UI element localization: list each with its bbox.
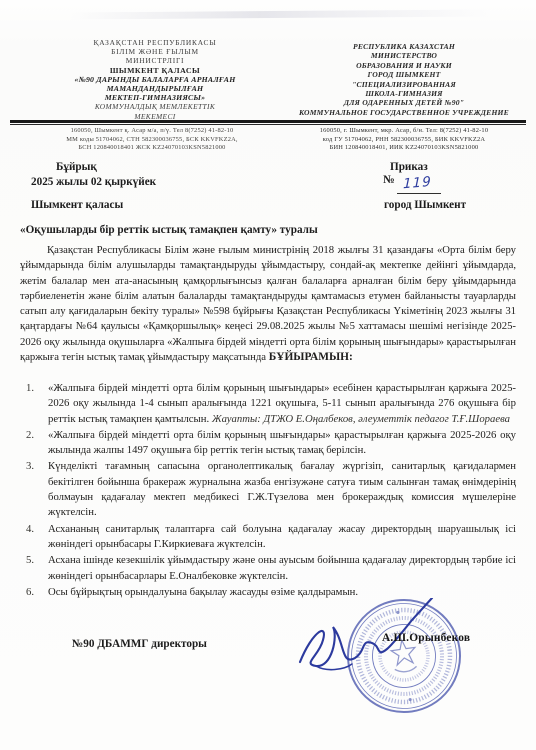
- city-kazakh: Шымкент қаласы: [31, 199, 123, 211]
- org-line: РЕСПУБЛИКА КАЗАХСТАН: [284, 42, 524, 51]
- handwritten-order-number: 119: [402, 174, 431, 193]
- number-sign: №: [383, 174, 395, 186]
- order-number: №119: [383, 174, 441, 194]
- org-line: «№90 ДАРЫНДЫ БАЛАЛАРҒА АРНАЛҒАН: [28, 75, 282, 84]
- order-item: «Жалпыға бірдей міндетті орта білім қоры…: [20, 428, 516, 459]
- org-line: ГОРОД ШЫМКЕНТ: [284, 70, 524, 79]
- order-preamble: Қазақстан Республикасы Білім және ғылым …: [20, 243, 516, 365]
- item-text: Асхананың санитарлық талаптарға сай болу…: [48, 523, 516, 550]
- org-line: ҚАЗАҚСТАН РЕСПУБЛИКАСЫ: [28, 38, 282, 47]
- item-text: Осы бұйрықтың орындалуына бақылау жасауд…: [48, 586, 358, 598]
- letterhead-russian: РЕСПУБЛИКА КАЗАХСТАН МИНИСТЕРСТВО ОБРАЗО…: [284, 42, 524, 117]
- org-line: МИНИСТЕРСТВО: [284, 51, 524, 60]
- org-line: МАМАНДАНДЫРЫЛҒАН: [28, 84, 282, 93]
- header-divider: [10, 120, 526, 125]
- item-text: Күнделікті тағамның сапасына органолепти…: [48, 460, 516, 518]
- contact-line: 160050, г. Шымкент, мкр. Асар, б/н. Тел:…: [282, 127, 526, 136]
- order-item: Асхананың санитарлық талаптарға сай болу…: [20, 522, 516, 553]
- org-line: МЕКТЕП-ГИМНАЗИЯСЫ»: [28, 93, 282, 102]
- item-text: Асхана ішінде кезекшілік ұйымдастыру жән…: [48, 554, 516, 581]
- handwritten-signature: [292, 598, 442, 698]
- director-title: №90 ДБАММГ директоры: [72, 638, 207, 650]
- order-type-russian: Приказ: [390, 161, 428, 173]
- scanned-order-document: ҚАЗАҚСТАН РЕСПУБЛИКАСЫ БІЛІМ ЖӘНЕ ҒЫЛЫМ …: [0, 0, 536, 750]
- contacts-russian: 160050, г. Шымкент, мкр. Асар, б/н. Тел:…: [282, 127, 526, 153]
- order-items: «Жалпыға бірдей міндетті орта білім қоры…: [20, 381, 516, 601]
- contact-line: 160050, Шымкент қ. Асар м/а, п/ү. Тел 8(…: [26, 127, 278, 136]
- scan-artifact: [70, 10, 490, 20]
- org-line: МИНИСТРЛІГІ: [28, 56, 282, 65]
- org-line: БІЛІМ ЖӘНЕ ҒЫЛЫМ: [28, 47, 282, 56]
- order-item: «Жалпыға бірдей міндетті орта білім қоры…: [20, 381, 516, 427]
- org-line: ДЛЯ ОДАРЕННЫХ ДЕТЕЙ №90": [284, 98, 524, 107]
- command-word: БҰЙЫРАМЫН:: [269, 351, 353, 363]
- city-russian: город Шымкент: [384, 199, 466, 211]
- contacts-kazakh: 160050, Шымкент қ. Асар м/а, п/ү. Тел 8(…: [26, 127, 278, 153]
- contact-line: код ГУ 51704062, РНН 582300036755, БИК K…: [282, 136, 526, 145]
- preamble-text: Қазақстан Республикасы Білім және ғылым …: [20, 244, 516, 363]
- order-type-kazakh: Бұйрық: [56, 161, 97, 173]
- order-item: Күнделікті тағамның сапасына органолепти…: [20, 459, 516, 520]
- contact-line: БСН 120840018401 ЖСК KZ24070103KSN582100…: [26, 144, 278, 153]
- order-date: 2025 жылы 02 қыркүйек: [31, 176, 156, 188]
- contact-line: БИН 120840018401, ИИК KZ24070103KSN58210…: [282, 144, 526, 153]
- org-line: "СПЕЦИАЛИЗИРОВАННАЯ: [284, 80, 524, 89]
- item-text: «Жалпыға бірдей міндетті орта білім қоры…: [48, 429, 516, 456]
- contact-line: ММ коды 51704062, СТН 582300036755, БСК …: [26, 136, 278, 145]
- responsible-persons: Жауапты: ДТЖО Е.Оңалбеков, әлеуметтік пе…: [212, 413, 510, 425]
- letterhead-kazakh: ҚАЗАҚСТАН РЕСПУБЛИКАСЫ БІЛІМ ЖӘНЕ ҒЫЛЫМ …: [28, 38, 282, 121]
- org-line: ШЫМКЕНТ ҚАЛАСЫ: [28, 66, 282, 75]
- org-line: ОБРАЗОВАНИЯ И НАУКИ: [284, 61, 524, 70]
- director-name: А.Ш.Орынбеков: [382, 632, 470, 644]
- org-line: КОММУНАЛЬНОЕ ГОСУДАРСТВЕННОЕ УЧРЕЖДЕНИЕ: [284, 108, 524, 117]
- org-line: КОММУНАЛДЫҚ МЕМЛЕКЕТТІК: [28, 102, 282, 111]
- order-subject: «Оқушыларды бір реттік ыстық тамақпен қа…: [20, 224, 318, 236]
- order-item: Асхана ішінде кезекшілік ұйымдастыру жән…: [20, 553, 516, 584]
